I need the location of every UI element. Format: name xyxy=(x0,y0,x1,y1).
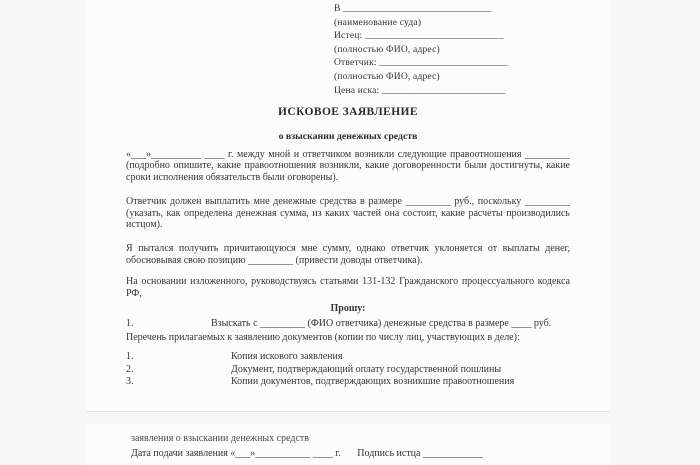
attachment-item: 1. Копия искового заявления xyxy=(126,351,570,363)
request-heading: Прошу: xyxy=(126,303,570,314)
attachment-item-text: Документ, подтверждающий оплату государс… xyxy=(231,364,501,376)
paragraph-legal-relations: «___»__________ ____ г. между мной и отв… xyxy=(126,149,570,183)
claim-form-page-1: В ______________________________ (наимен… xyxy=(86,0,610,412)
plaintiff-caption: (полностью ФИО, адрес) xyxy=(334,44,594,58)
attachment-item-text: Копия искового заявления xyxy=(231,351,342,363)
paragraph-collection-attempt: Я пытался получить причитающуюся мне сум… xyxy=(126,243,570,266)
document-title: ИСКОВОЕ ЗАЯВЛЕНИЕ xyxy=(126,106,570,118)
filing-date-line: Дата подачи заявления «___»___________ _… xyxy=(131,448,341,459)
plaintiff-line: Истец: ____________________________ xyxy=(334,30,594,44)
attachment-item-number: 1. xyxy=(126,351,231,363)
claim-price-line: Цена иска: _________________________ xyxy=(334,85,594,99)
document-subtitle: о взыскании денежных средств xyxy=(126,131,570,142)
request-item-text: Взыскать с _________ (ФИО ответчика) ден… xyxy=(211,318,551,329)
request-item-number: 1. xyxy=(126,318,211,329)
plaintiff-signature-line: Подпись истца ____________ xyxy=(357,448,483,459)
claim-form-page-2: заявления о взыскании денежных средств Д… xyxy=(86,424,610,465)
document-viewer: В ______________________________ (наимен… xyxy=(0,0,700,465)
defendant-line: Ответчик: __________________________ xyxy=(334,57,594,71)
attachments-intro: Перечень прилагаемых к заявлению докумен… xyxy=(126,332,570,343)
court-name-caption: (наименование суда) xyxy=(334,17,594,31)
attachment-item-text: Копии документов, подтверждающих возникш… xyxy=(231,376,514,388)
court-name-line: В ______________________________ xyxy=(334,3,594,17)
attachment-item-number: 3. xyxy=(126,376,231,388)
paragraph-legal-basis: На основании изложенного, руководствуясь… xyxy=(126,276,570,299)
defendant-caption: (полностью ФИО, адрес) xyxy=(334,71,594,85)
attachment-item: 3. Копии документов, подтверждающих возн… xyxy=(126,376,570,388)
page2-date-signature-row: Дата подачи заявления «___»___________ _… xyxy=(131,448,483,459)
page2-cut-text-line: заявления о взыскании денежных средств xyxy=(131,435,309,445)
attachment-item-number: 2. xyxy=(126,364,231,376)
document-body: «___»__________ ____ г. между мной и отв… xyxy=(126,149,570,388)
page2-cut-text: заявления о взыскании денежных средств xyxy=(131,435,309,444)
paragraph-amount-due: Ответчик должен выплатить мне денежные с… xyxy=(126,196,570,230)
court-header-block: В ______________________________ (наимен… xyxy=(334,3,594,98)
request-item: 1. Взыскать с _________ (ФИО ответчика) … xyxy=(126,318,570,329)
attachment-item: 2. Документ, подтверждающий оплату госуд… xyxy=(126,364,570,376)
